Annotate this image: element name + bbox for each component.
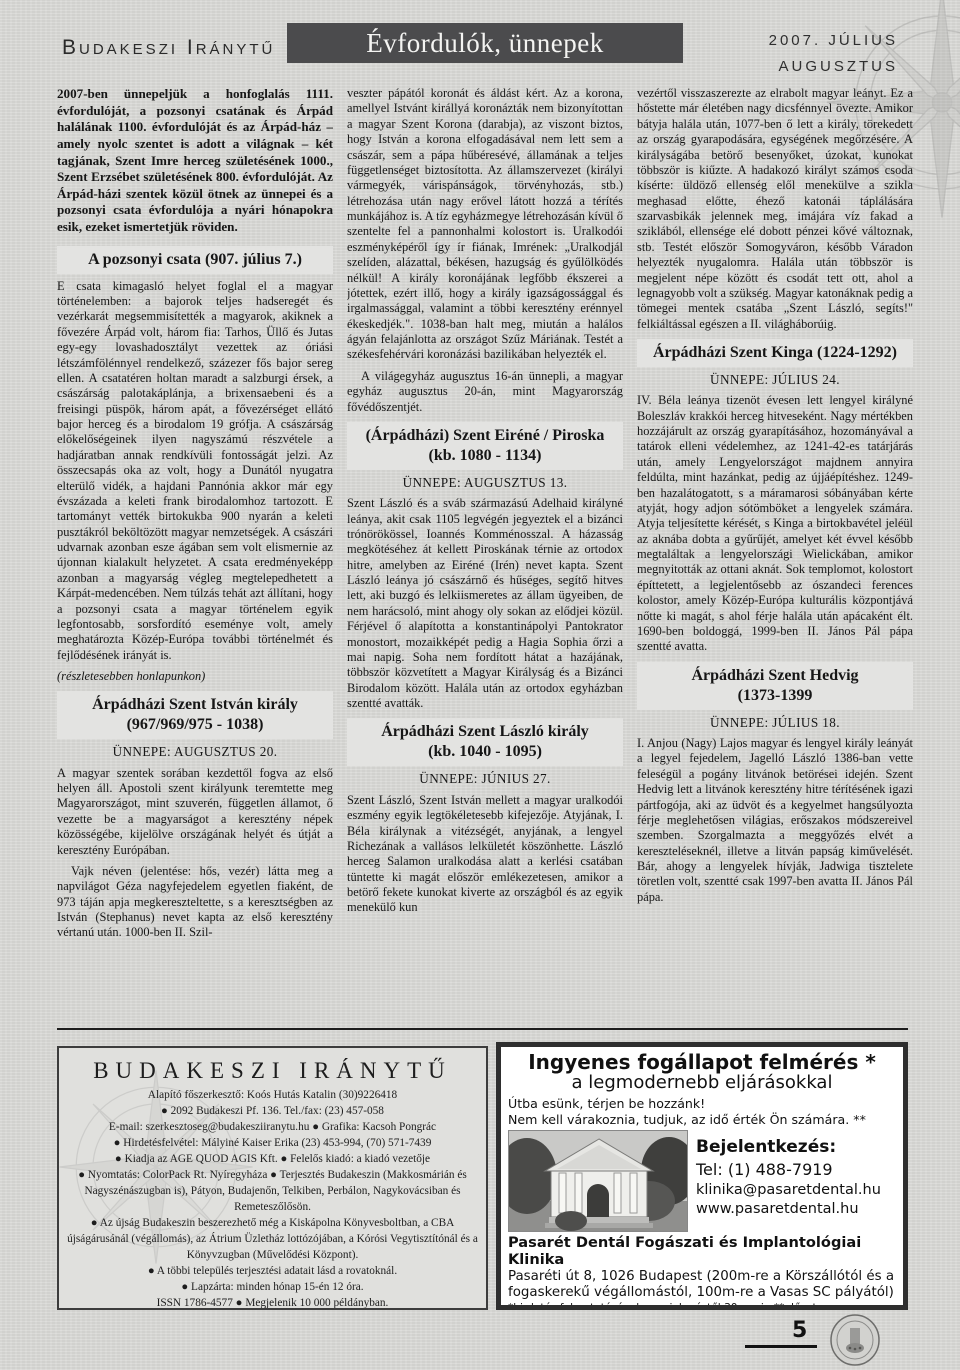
section-heading: Árpádházi Szent Kinga (1224-1292) [637,339,913,367]
imprint-line: ISSN 1786-4577 ● Megjelenik 10 000 példá… [67,1295,478,1310]
imprint-title: BUDAKESZI IRÁNYTŰ [67,1058,478,1084]
footer-divider [57,1028,908,1030]
page-number-rule [745,1345,817,1348]
paragraph: Vajk néven (jelentése: hős, vezér) látta… [57,864,333,941]
column-1: 2007-ben ünnepeljük a honfoglalás 1111. … [57,86,333,1022]
page-title-banner: Évfordulók, ünnepek [287,23,683,63]
issue-date-line1: 2007. JÚLIUS [769,28,898,54]
section-heading: (Árpádházi) Szent Eiréné / Piroska(kb. 1… [347,422,623,470]
imprint-line: E-mail: szerkesztoseg@budakesziiranytu.h… [67,1119,478,1135]
section-heading-line: (kb. 1040 - 1095) [349,742,621,762]
section-heading-line: (967/969/975 - 1038) [59,715,331,735]
section-heading: Árpádházi Szent Hedvig(1373-1399 [637,662,913,710]
section-heading-line: A pozsonyi csata (907. július 7.) [59,250,331,270]
imprint-lines: Alapító főszerkesztő: Koós Hutás Katalin… [67,1087,478,1310]
paragraph: vezértől visszaszerezte az elrabolt magy… [637,86,913,332]
ad-phone: Tel: (1) 488-7919 [696,1159,896,1181]
imprint-line: ● Nyomtatás: ColorPack Rt. Nyíregyháza ●… [67,1167,478,1215]
imprint-line: ● Lapzárta: minden hónap 15-én 12 óra. [67,1279,478,1295]
imprint-line: ● 2092 Budakeszi Pf. 136. Tel./fax: (23)… [67,1103,478,1119]
issue-date-line2: AUGUSZTUS [769,54,898,80]
section-heading-line: (kb. 1080 - 1134) [349,446,621,466]
feast-day-line: ÜNNEPE: JÚLIUS 18. [637,715,913,731]
imprint-box: BUDAKESZI IRÁNYTŰ Alapító főszerkesztő: … [57,1046,488,1310]
section-heading: Árpádházi Szent László király(kb. 1040 -… [347,718,623,766]
ad-address: Pasaréti út 8, 1026 Budapest (200m-re a … [508,1269,896,1301]
imprint-line: Alapító főszerkesztő: Koós Hutás Katalin… [67,1087,478,1103]
lead-paragraph: 2007-ben ünnepeljük a honfoglalás 1111. … [57,86,333,236]
paragraph: IV. Béla leánya tizenöt évesen lett leng… [637,393,913,654]
ad-contact-label: Bejelentkezés: [696,1136,896,1159]
section-heading-line: (Árpádházi) Szent Eiréné / Piroska [349,426,621,446]
page-title: Évfordulók, ünnepek [366,28,603,58]
paragraph: E csata kimagasló helyet foglal el a mag… [57,279,333,663]
clinic-photo [508,1130,688,1232]
seal-icon [830,1314,880,1366]
imprint-line: ● A többi település terjesztési adatait … [67,1263,478,1279]
newspaper-name: Budakeszi Iránytű [62,36,275,60]
ad-email: klinika@pasaretdental.hu [696,1181,896,1201]
imprint-line: ● Hirdetésfelvétel: Mályiné Kaiser Erika… [67,1135,478,1151]
newspaper-page: Budakeszi Iránytű Évfordulók, ünnepek 20… [0,0,960,1370]
ad-footnote: *hirdetés felmutatásával, megjelenéstől … [508,1302,896,1310]
feast-day-line: ÜNNEPE: AUGUSZTUS 20. [57,744,333,760]
paragraph: veszter pápától koronát és áldást kért. … [347,86,623,363]
section-heading: Árpádházi Szent István király(967/969/97… [57,691,333,739]
section-heading: A pozsonyi csata (907. július 7.) [57,246,333,274]
section-heading-line: Árpádházi Szent István király [59,695,331,715]
imprint-line: ● Az újság Budakeszin beszerezhető még a… [67,1215,478,1263]
imprint-line: ● Kiadja az AGE QUOD AGIS Kft. ● Felelős… [67,1151,478,1167]
feast-day-line: ÜNNEPE: JÚNIUS 27. [347,771,623,787]
dental-ad: Ingyenes fogállapot felmérés * a legmode… [496,1042,908,1310]
section-heading-line: Árpádházi Szent Kinga (1224-1292) [639,343,911,363]
page-footer: 5 [740,1314,900,1370]
ad-website: www.pasaretdental.hu [696,1200,896,1220]
paragraph: A magyar szentek sorában kezdettől fogva… [57,766,333,858]
ad-contact-block: Bejelentkezés: Tel: (1) 488-7919 klinika… [696,1130,896,1220]
paragraph: I. Anjou (Nagy) Lajos magyar és lengyel … [637,736,913,905]
paragraph: Szent László és a sváb származású Adelha… [347,496,623,711]
italic-note: (részletesebben honlapunkon) [57,669,333,684]
article-columns: 2007-ben ünnepeljük a honfoglalás 1111. … [57,86,913,1022]
section-heading-line: Árpádházi Szent László király [349,722,621,742]
ad-intro-line2: Nem kell várakoznia, tudjuk, az idő érté… [508,1112,896,1128]
ad-intro-line1: Útba esünk, térjen be hozzánk! [508,1096,896,1112]
paragraph: A világegyház augusztus 16-án ünnepli, a… [347,369,623,415]
ad-headline: Ingyenes fogállapot felmérés * [508,1051,896,1073]
column-2: veszter pápától koronát és áldást kért. … [347,86,623,1022]
issue-date: 2007. JÚLIUS AUGUSZTUS [769,28,898,80]
section-heading-line: Árpádházi Szent Hedvig [639,666,911,686]
feast-day-line: ÜNNEPE: JÚLIUS 24. [637,372,913,388]
column-3: vezértől visszaszerezte az elrabolt magy… [637,86,913,1022]
ad-subline: a legmodernebb eljárásokkal [508,1073,896,1093]
feast-day-line: ÜNNEPE: AUGUSZTUS 13. [347,475,623,491]
page-number: 5 [792,1318,807,1343]
paragraph: Szent László, Szent István mellett a mag… [347,793,623,916]
ad-clinic-name: Pasarét Dentál Fogászati és Implantológi… [508,1235,896,1269]
section-heading-line: (1373-1399 [639,686,911,706]
